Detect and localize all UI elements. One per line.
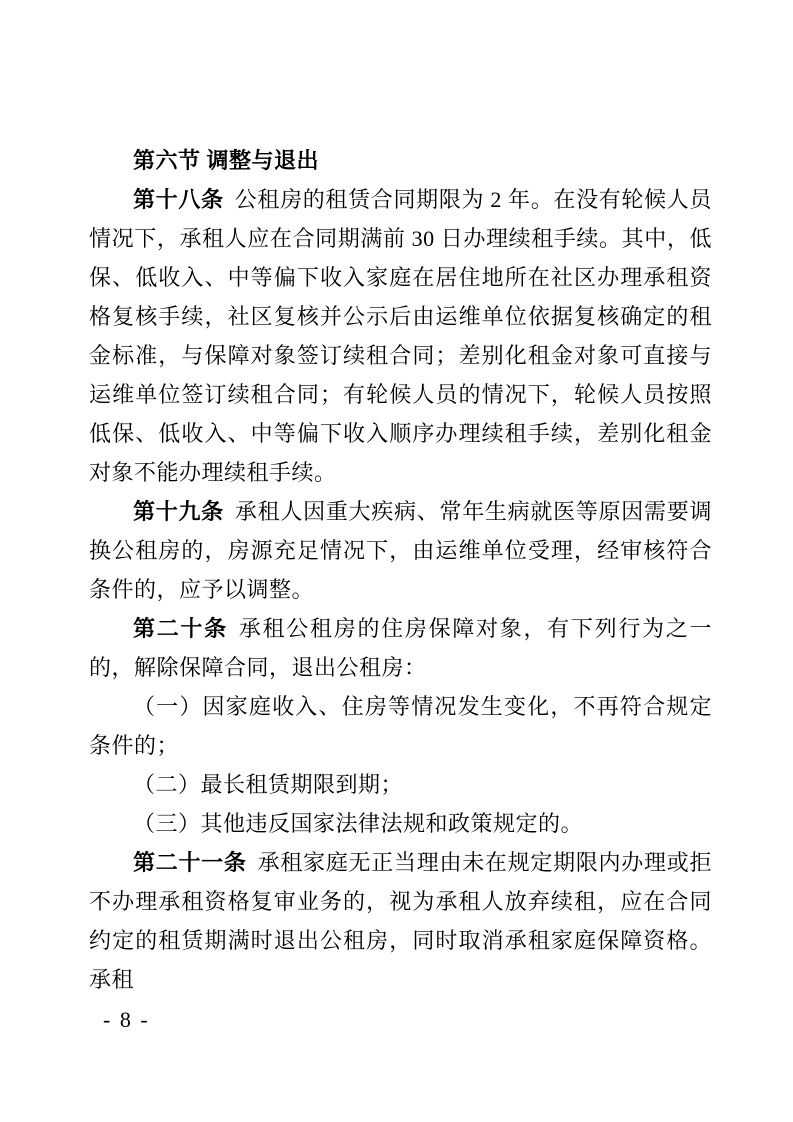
page-number: - 8 - [103,1000,150,1039]
article-label: 第十八条 [133,187,224,212]
list-item-text: （一）因家庭收入、住房等情况发生变化，不再符合规定条件的； [89,694,712,758]
document-page: 第六节 调整与退出 第十八条公租房的租赁合同期限为 2 年。在没有轮候人员情况下… [0,0,793,1122]
list-item-text: （二）最长租赁期限到期； [133,772,403,797]
article-paragraph-19: 第十九条承租人因重大疾病、常年生病就医等原因需要调换公租房的，房源充足情况下，由… [89,492,712,609]
list-item-3: （三）其他违反国家法律法规和政策规定的。 [89,804,712,843]
article-label: 第二十条 [133,616,228,641]
article-paragraph-20: 第二十条承租公租房的住房保障对象，有下列行为之一的，解除保障合同，退出公租房： [89,609,712,687]
article-paragraph-18: 第十八条公租房的租赁合同期限为 2 年。在没有轮候人员情况下，承租人应在合同期满… [89,180,712,492]
list-item-text: （三）其他违反国家法律法规和政策规定的。 [133,811,583,836]
article-label: 第二十一条 [133,850,247,875]
section-heading: 第六节 调整与退出 [89,141,712,180]
document-body: 第六节 调整与退出 第十八条公租房的租赁合同期限为 2 年。在没有轮候人员情况下… [89,141,712,999]
article-paragraph-21: 第二十一条承租家庭无正当理由未在规定期限内办理或拒不办理承租资格复审业务的，视为… [89,843,712,999]
article-text: 公租房的租赁合同期限为 2 年。在没有轮候人员情况下，承租人应在合同期满前 30… [89,187,712,485]
list-item-2: （二）最长租赁期限到期； [89,765,712,804]
list-item-1: （一）因家庭收入、住房等情况发生变化，不再符合规定条件的； [89,687,712,765]
article-label: 第十九条 [133,499,224,524]
